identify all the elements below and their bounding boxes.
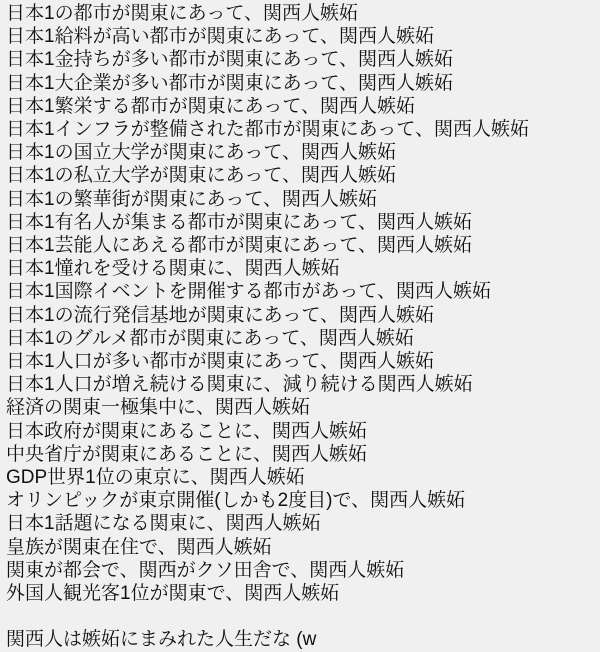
text-line: GDP世界1位の東京に、関西人嫉妬 [6, 466, 600, 489]
text-line: 日本1インフラが整備された都市が関東にあって、関西人嫉妬 [6, 118, 600, 141]
text-line: 日本1憧れを受ける関東に、関西人嫉妬 [6, 257, 600, 280]
text-line: 経済の関東一極集中に、関西人嫉妬 [6, 396, 600, 419]
text-line: 日本1のグルメ都市が関東にあって、関西人嫉妬 [6, 327, 600, 350]
text-line: 日本1の国立大学が関東にあって、関西人嫉妬 [6, 141, 600, 164]
text-line: 日本1有名人が集まる都市が関東にあって、関西人嫉妬 [6, 211, 600, 234]
text-line: 日本1話題になる関東に、関西人嫉妬 [6, 512, 600, 535]
text-line: 日本1芸能人にあえる都市が関東にあって、関西人嫉妬 [6, 234, 600, 257]
text-line: 日本1繁栄する都市が関東にあって、関西人嫉妬 [6, 95, 600, 118]
text-line: 日本1国際イベントを開催する都市があって、関西人嫉妬 [6, 280, 600, 303]
text-document: 日本1の都市が関東にあって、関西人嫉妬 日本1給料が高い都市が関東にあって、関西… [0, 0, 600, 652]
text-line: 日本1大企業が多い都市が関東にあって、関西人嫉妬 [6, 72, 600, 95]
text-line: 中央省庁が関東にあることに、関西人嫉妬 [6, 443, 600, 466]
text-line: 日本1人口が増え続ける関東に、減り続ける関西人嫉妬 [6, 373, 600, 396]
text-line: 皇族が関東在住で、関西人嫉妬 [6, 536, 600, 559]
text-line: オリンピックが東京開催(しかも2度目)で、関西人嫉妬 [6, 489, 600, 512]
text-line-blank [6, 605, 600, 628]
text-line: 日本1金持ちが多い都市が関東にあって、関西人嫉妬 [6, 48, 600, 71]
text-line: 外国人観光客1位が関東で、関西人嫉妬 [6, 582, 600, 605]
text-line: 日本1人口が多い都市が関東にあって、関西人嫉妬 [6, 350, 600, 373]
text-line: 日本1の私立大学が関東にあって、関西人嫉妬 [6, 164, 600, 187]
text-line: 関東が都会で、関西がクソ田舎で、関西人嫉妬 [6, 559, 600, 582]
text-line: 日本1の都市が関東にあって、関西人嫉妬 [6, 2, 600, 25]
text-line: 日本1の流行発信基地が関東にあって、関西人嫉妬 [6, 304, 600, 327]
text-line: 日本1給料が高い都市が関東にあって、関西人嫉妬 [6, 25, 600, 48]
text-line: 日本1の繁華街が関東にあって、関西人嫉妬 [6, 188, 600, 211]
text-line: 日本政府が関東にあることに、関西人嫉妬 [6, 420, 600, 443]
text-line-closing: 関西人は嫉妬にまみれた人生だな (w [6, 628, 600, 651]
